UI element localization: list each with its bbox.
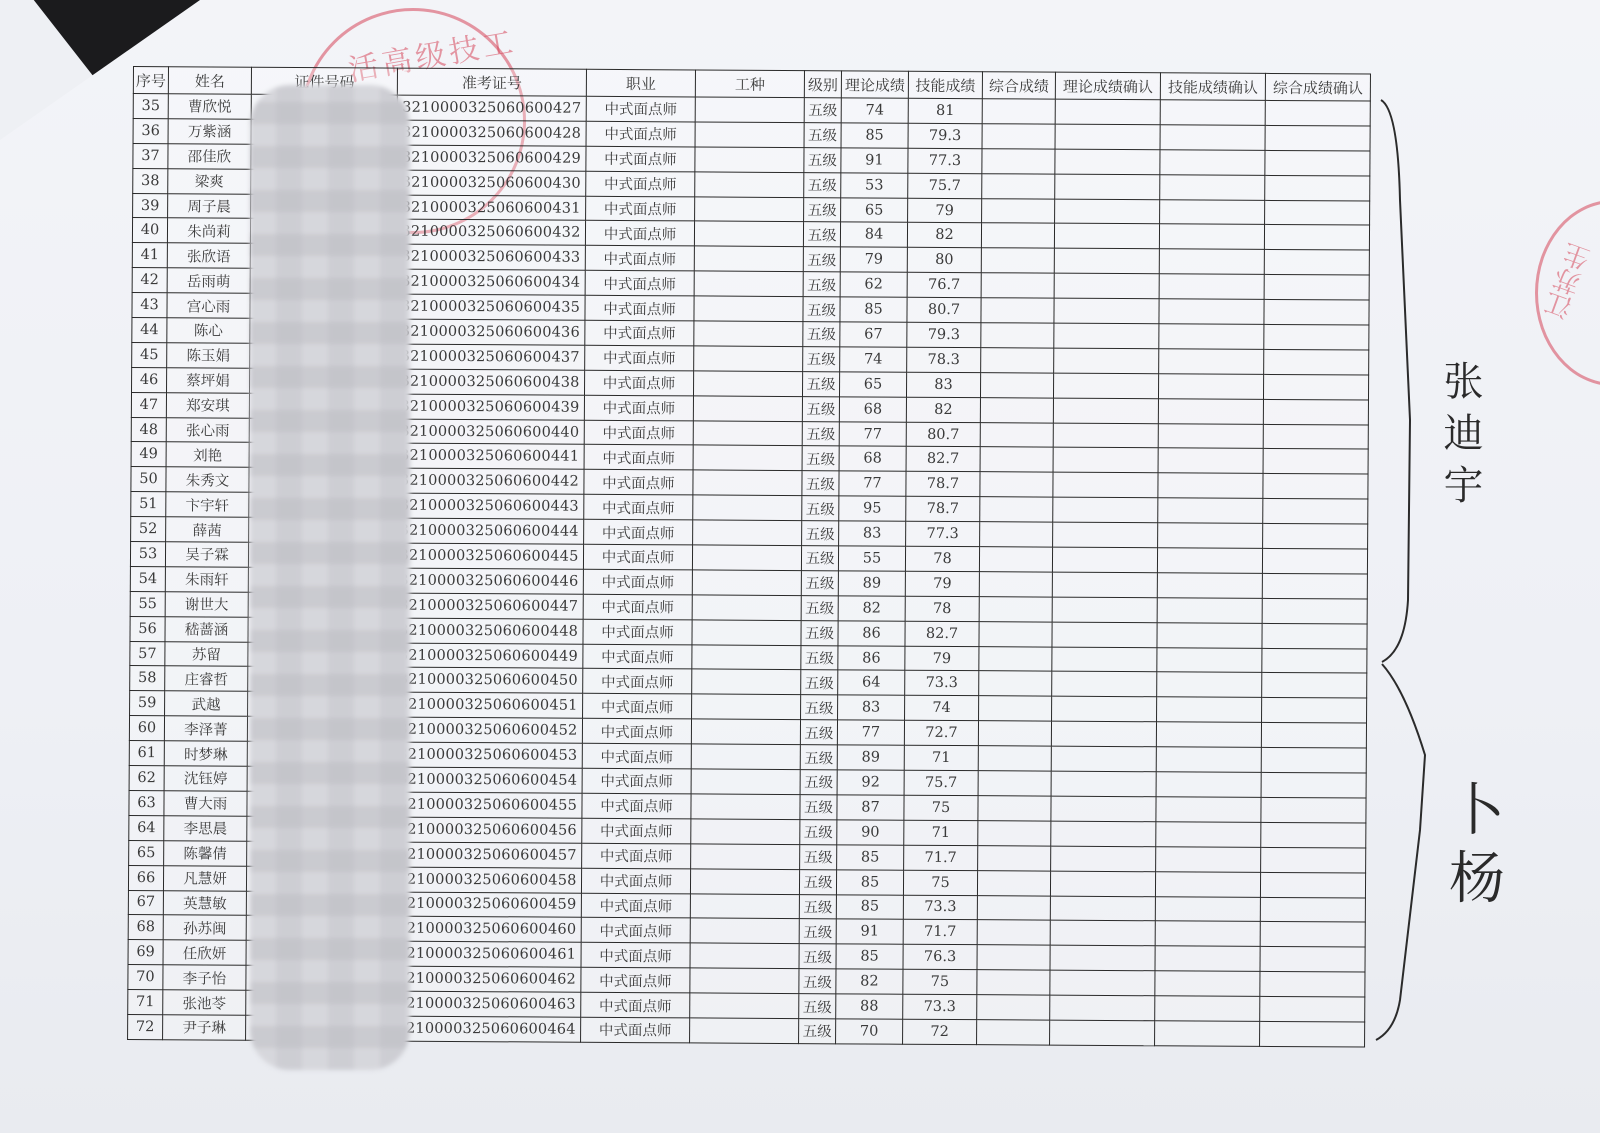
handwritten-brackets [0, 0, 1600, 1133]
signature-zhang: 张迪宇 [1432, 360, 1489, 516]
signature-bu: 卜杨 [1432, 780, 1512, 916]
